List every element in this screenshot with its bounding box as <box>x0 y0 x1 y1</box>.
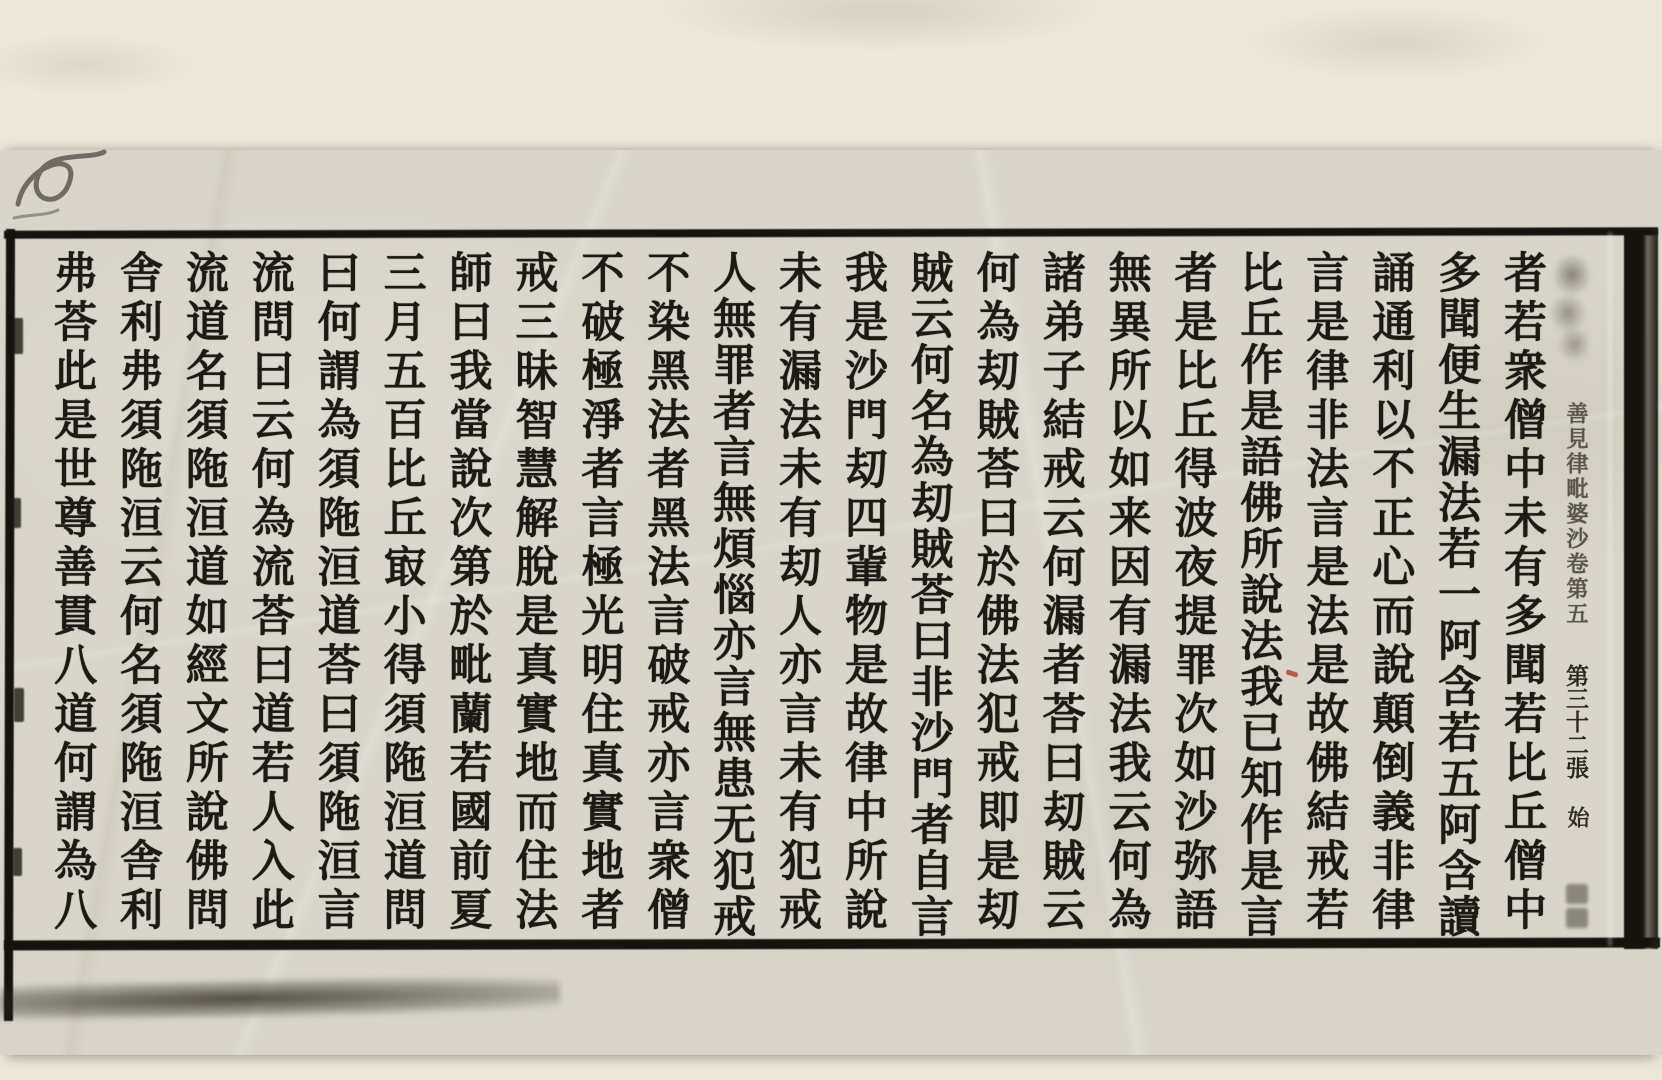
text-column: 諸弟子結戒云何漏者荅曰刧賊云 <box>1027 250 1093 950</box>
text-column: 不破極淨者言極光明住真實地者 <box>565 250 631 950</box>
text-column: 何為刧賊荅曰於佛法犯戒即是刧 <box>961 250 1027 950</box>
text-column: 賊云何名為刧賊荅曰非沙門者自言 <box>895 250 961 950</box>
edge-ink-fragment <box>13 318 23 354</box>
ink-scribble <box>6 138 126 228</box>
text-column: 戒三昧智慧解脫是真實地而住法 <box>500 250 566 950</box>
text-column: 流道名須陁洹道如經文所說佛問 <box>170 250 236 950</box>
edge-ink-fragment <box>13 848 22 876</box>
volume-title: 善見律毗婆沙卷第五 <box>1561 402 1592 627</box>
text-column: 不染黑法者黑法言破戒亦言衆僧 <box>631 250 697 950</box>
text-column: 多聞便生漏法若一阿含若五阿含讀 <box>1422 250 1488 950</box>
text-column: 者是比丘得波夜提罪次如沙弥語 <box>1159 250 1225 950</box>
text-column: 師曰我當說次第於毗蘭若國前夏 <box>434 250 500 950</box>
text-column: 舎利弗須陁洹云何名須陁洹舎利 <box>104 250 170 950</box>
text-column: 誦通利以不正心而說顛倒義非律 <box>1356 250 1422 950</box>
text-column: 未有漏法未有刧人亦言未有犯戒 <box>763 250 829 950</box>
text-column: 曰何謂為須陁洹道荅曰須陁洹言 <box>302 250 368 950</box>
text-column: 比丘作是語佛所說法我已知作是言 <box>1224 250 1290 950</box>
text-column: 我是沙門刧四軰物是故律中所說 <box>829 250 895 950</box>
text-column: 人無罪者言無煩惱亦言無患无犯戒 <box>697 250 763 950</box>
text-column: 弗荅此是世尊善貫八道何謂為八 <box>38 250 104 950</box>
faded-ink-mark <box>1566 908 1588 928</box>
edge-ink-fragment <box>12 498 21 528</box>
faded-ink-mark <box>1566 884 1588 904</box>
sutra-text-block: 者若衆僧中未有多聞若比丘僧中 多聞便生漏法若一阿含若五阿含讀 誦通利以不正心而說… <box>38 250 1554 950</box>
faded-ink-smudge <box>1548 256 1596 360</box>
sheet-begin-label: 始 <box>1562 806 1593 828</box>
sheet-number-label: 第三十二張 <box>1560 664 1590 779</box>
text-column: 流問曰云何為流荅曰道若人入此 <box>236 250 302 950</box>
paper-crease <box>1608 232 1612 946</box>
text-column: 者若衆僧中未有多聞若比丘僧中 <box>1488 250 1554 950</box>
text-column: 無異所以如来因有漏法我云何為 <box>1093 250 1159 950</box>
edge-ink-fragment <box>14 688 24 722</box>
text-column: 言是律非法言是法是故佛結戒若 <box>1290 250 1356 950</box>
frame-right-border <box>1624 229 1658 949</box>
text-column: 三月五百比丘㝡小得須陁洹道問 <box>368 250 434 950</box>
